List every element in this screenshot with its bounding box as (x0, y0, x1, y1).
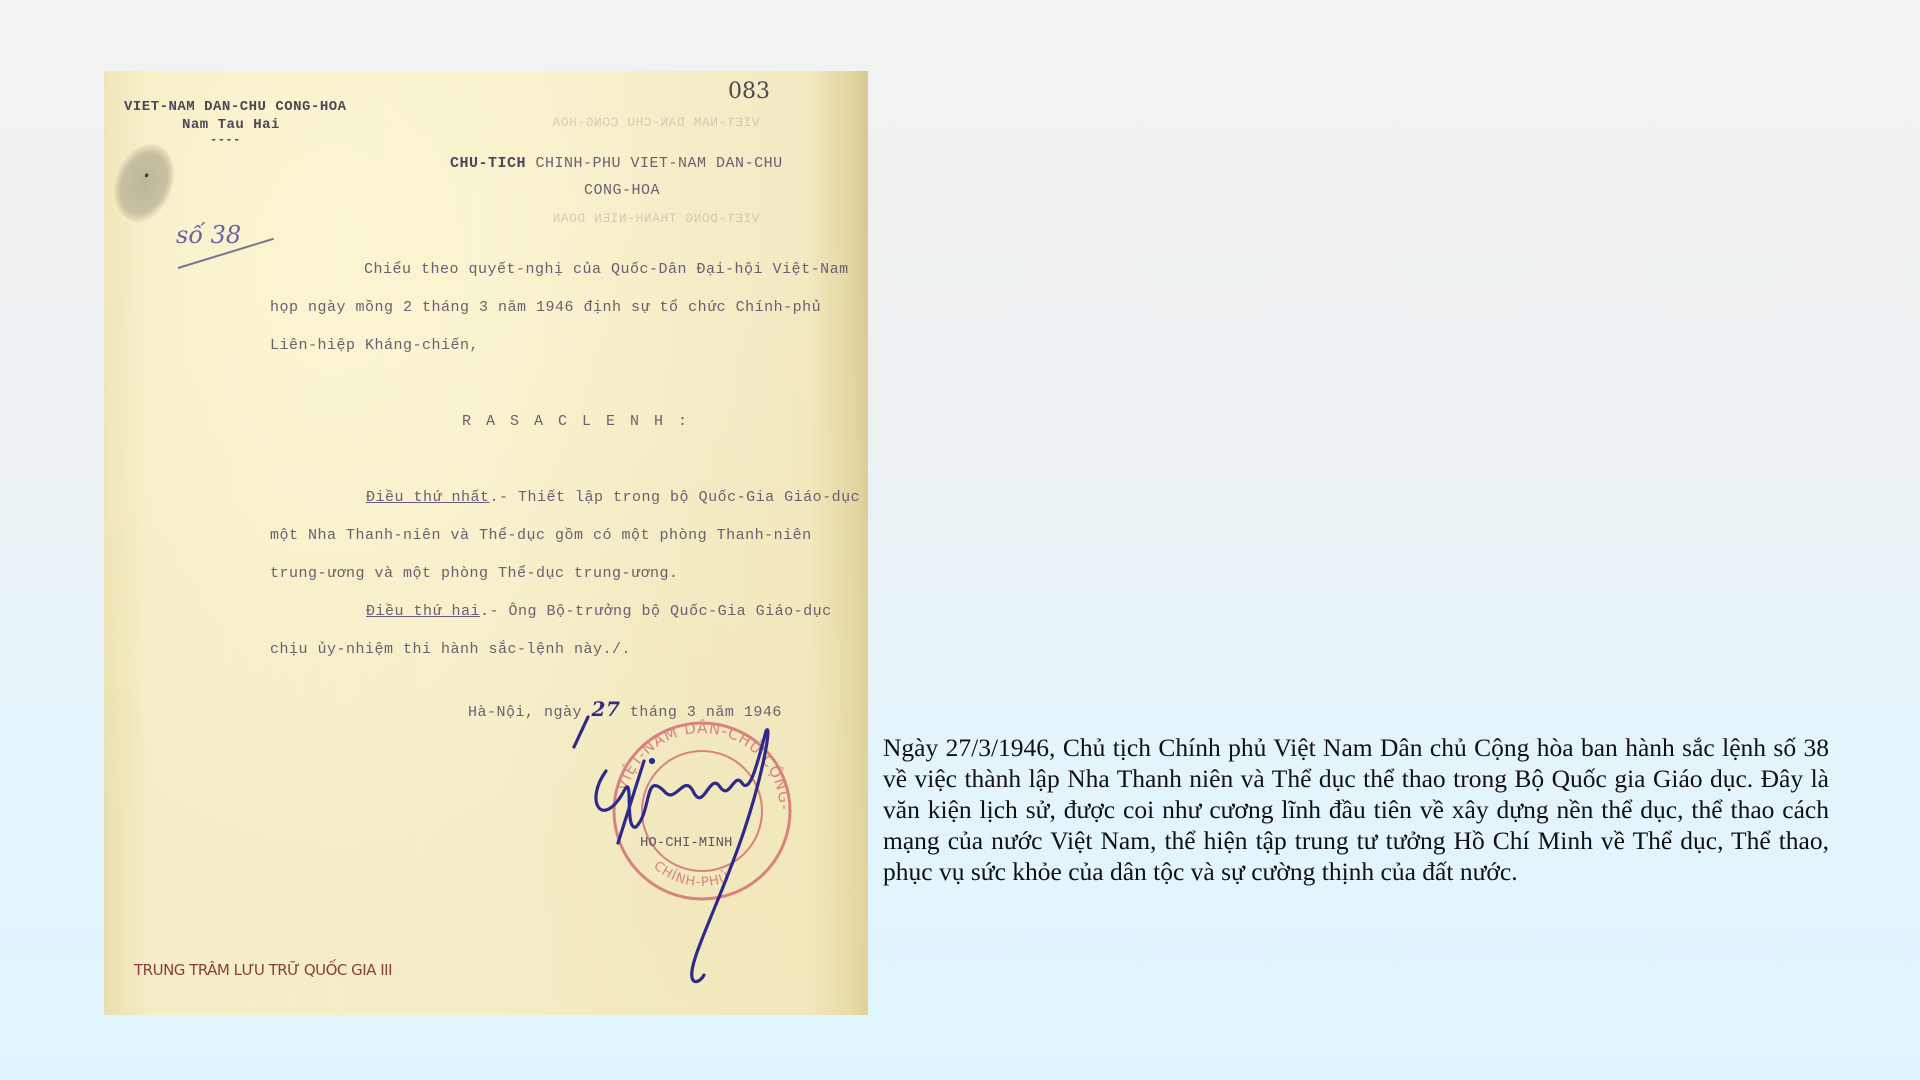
red-seal-icon: VIỆT-NAM DÂN-CHỦ CỘNG-HÒA CHÍNH-PHỦ (104, 71, 794, 899)
archive-watermark: TRUNG TRÂM LƯU TRỮ QUỐC GIA III (134, 961, 392, 979)
document-caption: Ngày 27/3/1946, Chủ tịch Chính phủ Việt … (883, 732, 1829, 887)
typed-signer: HO-CHI-MINH (640, 835, 732, 851)
svg-text:VIỆT-NAM DÂN-CHỦ CỘNG-HÒA: VIỆT-NAM DÂN-CHỦ CỘNG-HÒA (104, 71, 794, 811)
seal-and-signature: VIỆT-NAM DÂN-CHỦ CỘNG-HÒA CHÍNH-PHỦ HO-C… (104, 71, 868, 1015)
decree-document-image: 083 VIET-NAM DAN-CHU CONG-HOA Nam Tau Ha… (104, 71, 868, 1015)
svg-text:CHÍNH-PHỦ: CHÍNH-PHỦ (650, 859, 731, 891)
